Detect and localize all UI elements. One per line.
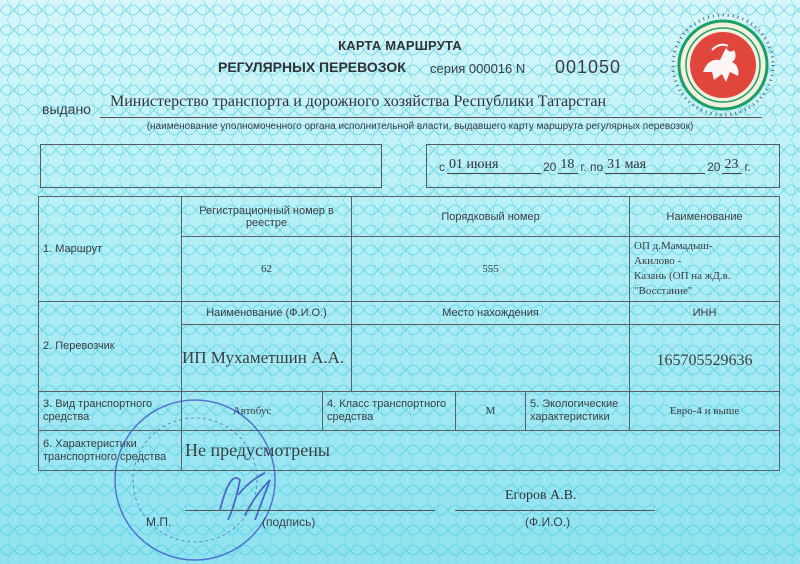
validity-year-prefix-2: 20 <box>705 160 722 174</box>
signature-hint: (подпись) <box>262 515 315 529</box>
blank-field-box <box>40 144 382 188</box>
carrier-inn: 165705529636 <box>630 325 780 392</box>
vehicle-eco-value: Евро-4 и выше <box>630 392 780 431</box>
carrier-location-header: Место нахождения <box>352 302 630 325</box>
validity-from-prefix: с <box>437 160 447 174</box>
route-serial-number-header: Порядковый номер <box>352 197 630 237</box>
route-name-header: Наименование <box>630 197 780 237</box>
route-name-line: "Восстание" <box>634 284 775 299</box>
issued-by-value: Министерство транспорта и дорожного хозя… <box>110 93 606 111</box>
vehicle-eco-label: 5. Экологические характеристики <box>526 392 630 431</box>
carrier-inn-header: ИНН <box>630 302 780 325</box>
signer-name: Егоров А.В. <box>505 488 577 504</box>
route-reg-number: 62 <box>182 237 352 302</box>
signer-name-line <box>455 510 655 511</box>
validity-suffix: г. <box>742 160 752 174</box>
issued-by-underline <box>100 117 762 118</box>
stamp-place-label: М.П. <box>146 515 171 529</box>
route-name-line: Казань (ОП на жД.в. <box>634 269 775 284</box>
issued-by-hint: (наименование уполномоченного органа исп… <box>0 121 800 132</box>
carrier-name-header: Наименование (Ф.И.О.) <box>182 302 352 325</box>
route-name-line: Акилово - <box>634 254 775 269</box>
signature-line <box>185 510 435 511</box>
route-serial-number: 555 <box>352 237 630 302</box>
validity-from-date: 01 июня <box>447 157 541 174</box>
issued-by-label: выдано <box>42 101 91 117</box>
validity-to-year: 23 <box>722 157 742 174</box>
validity-year-prefix-1: 20 <box>541 160 558 174</box>
vehicle-class-value: М <box>456 392 526 431</box>
validity-to-date: 31 мая <box>605 157 705 174</box>
route-label: 1. Маршрут <box>39 197 182 302</box>
carrier-name: ИП Мухаметшин А.А. <box>182 325 352 392</box>
route-name: ОП д.Мамадыш- Акилово - Казань (ОП на жД… <box>630 237 780 302</box>
validity-from-year: 18 <box>558 157 578 174</box>
signer-name-hint: (Ф.И.О.) <box>525 515 570 529</box>
tatarstan-emblem-icon <box>668 10 778 120</box>
route-reg-number-header: Регистрационный номер в реестре <box>182 197 352 237</box>
carrier-location <box>352 325 630 392</box>
validity-middle: г. по <box>578 160 605 174</box>
carrier-label: 2. Перевозчик <box>39 302 182 392</box>
series-label: серия 000016 N <box>430 61 525 76</box>
document-number: 001050 <box>555 57 621 78</box>
document-subtitle: РЕГУЛЯРНЫХ ПЕРЕВОЗОК <box>218 59 406 75</box>
route-name-line: ОП д.Мамадыш- <box>634 239 775 254</box>
official-stamp-icon <box>100 385 290 564</box>
validity-period-box: с 01 июня 20 18 г. по 31 мая 20 23 г. <box>426 144 780 188</box>
vehicle-class-label: 4. Класс транспортного средства <box>323 392 456 431</box>
